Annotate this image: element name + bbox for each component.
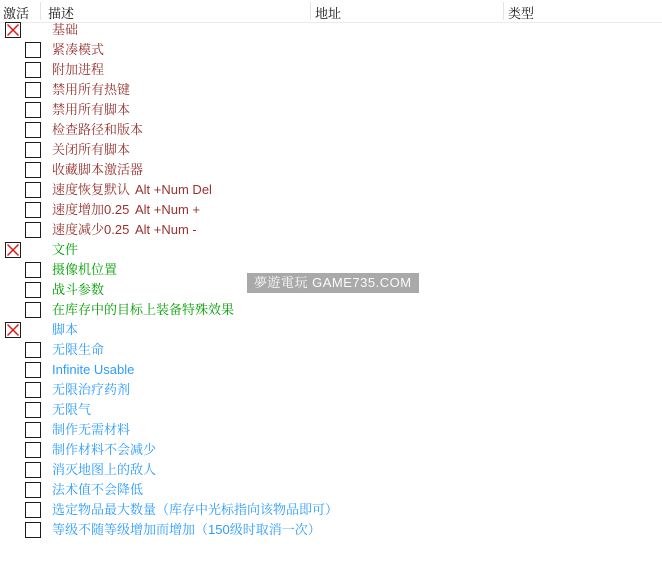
cheat-row[interactable]: 收藏脚本激活器 [0,160,662,180]
hotkey-label: Alt +Num + [135,200,200,220]
activate-checkbox[interactable] [25,442,41,458]
check-x-icon [6,243,20,257]
check-x-icon [6,23,20,37]
activate-checkbox[interactable] [5,242,21,258]
cheat-row[interactable]: 禁用所有热键 [0,80,662,100]
activate-checkbox[interactable] [25,62,41,78]
cheat-row[interactable]: 无限生命 [0,340,662,360]
cheat-row[interactable]: 无限气 [0,400,662,420]
activate-checkbox[interactable] [25,522,41,538]
activate-checkbox[interactable] [25,282,41,298]
cheat-label: 禁用所有热键 [52,80,130,100]
cheat-row[interactable]: 法术值不会降低 [0,480,662,500]
cheat-label: 摄像机位置 [52,260,117,280]
activate-checkbox[interactable] [25,142,41,158]
cheat-row[interactable]: 速度恢复默认Alt +Num Del [0,180,662,200]
watermark-text: 夢遊電玩 GAME735.COM [254,275,412,290]
cheat-label: Infinite Usable [52,360,134,380]
cheat-label: 等级不随等级增加而增加（150级时取消一次） [52,520,321,540]
activate-checkbox[interactable] [25,362,41,378]
cheat-row[interactable]: 关闭所有脚本 [0,140,662,160]
cheat-label: 速度恢复默认 [52,180,130,200]
activate-checkbox[interactable] [25,222,41,238]
cheat-row[interactable]: 制作材料不会减少 [0,440,662,460]
activate-checkbox[interactable] [25,122,41,138]
cheat-label: 基础 [52,20,78,40]
hotkey-label: Alt +Num Del [135,180,212,200]
cheat-group-row[interactable]: 脚本 [0,320,662,340]
cheat-row[interactable]: 在库存中的目标上装备特殊效果 [0,300,662,320]
activate-checkbox[interactable] [25,302,41,318]
activate-checkbox[interactable] [25,182,41,198]
cheat-row[interactable]: 等级不随等级增加而增加（150级时取消一次） [0,520,662,540]
cheat-label: 收藏脚本激活器 [52,160,143,180]
cheat-group-row[interactable]: 基础 [0,20,662,40]
activate-checkbox[interactable] [5,22,21,38]
cheat-label: 战斗参数 [52,280,104,300]
cheat-label: 消灭地图上的敌人 [52,460,156,480]
cheat-label: 关闭所有脚本 [52,140,130,160]
cheat-label: 制作无需材料 [52,420,130,440]
activate-checkbox[interactable] [25,342,41,358]
cheat-row[interactable]: 紧凑模式 [0,40,662,60]
hotkey-label: Alt +Num - [135,220,197,240]
cheat-label: 无限生命 [52,340,104,360]
cheat-label: 紧凑模式 [52,40,104,60]
watermark: 夢遊電玩 GAME735.COM [247,273,419,293]
cheat-row[interactable]: 无限治疗药剂 [0,380,662,400]
cheat-row[interactable]: 速度增加0.25Alt +Num + [0,200,662,220]
cheat-row[interactable]: 制作无需材料 [0,420,662,440]
activate-checkbox[interactable] [25,262,41,278]
cheat-row[interactable]: Infinite Usable [0,360,662,380]
cheat-label: 无限气 [52,400,91,420]
cheat-row[interactable]: 附加进程 [0,60,662,80]
activate-checkbox[interactable] [25,42,41,58]
activate-checkbox[interactable] [25,382,41,398]
activate-checkbox[interactable] [25,162,41,178]
activate-checkbox[interactable] [25,202,41,218]
cheat-row[interactable]: 选定物品最大数量（库存中光标指向该物品即可） [0,500,662,520]
cheat-label: 无限治疗药剂 [52,380,130,400]
cheat-label: 禁用所有脚本 [52,100,130,120]
cheat-label: 脚本 [52,320,78,340]
cheat-row[interactable]: 消灭地图上的敌人 [0,460,662,480]
check-x-icon [6,323,20,337]
cheat-group-row[interactable]: 文件 [0,240,662,260]
cheat-label: 选定物品最大数量（库存中光标指向该物品即可） [52,500,338,520]
cheat-table-window: 激活 描述 地址 类型 基础紧凑模式附加进程禁用所有热键禁用所有脚本检查路径和版… [0,0,662,562]
activate-checkbox[interactable] [25,502,41,518]
cheat-row[interactable]: 禁用所有脚本 [0,100,662,120]
activate-checkbox[interactable] [25,82,41,98]
activate-checkbox[interactable] [5,322,21,338]
cheat-label: 速度增加0.25 [52,200,129,220]
activate-checkbox[interactable] [25,102,41,118]
cheat-label: 附加进程 [52,60,104,80]
cheat-label: 文件 [52,240,78,260]
cheat-label: 法术值不会降低 [52,480,143,500]
activate-checkbox[interactable] [25,462,41,478]
cheat-row[interactable]: 速度减少0.25Alt +Num - [0,220,662,240]
activate-checkbox[interactable] [25,482,41,498]
cheat-row[interactable]: 检查路径和版本 [0,120,662,140]
cheat-label: 在库存中的目标上装备特殊效果 [52,300,234,320]
activate-checkbox[interactable] [25,422,41,438]
cheat-label: 速度减少0.25 [52,220,129,240]
cheat-label: 制作材料不会减少 [52,440,156,460]
cheat-label: 检查路径和版本 [52,120,143,140]
activate-checkbox[interactable] [25,402,41,418]
